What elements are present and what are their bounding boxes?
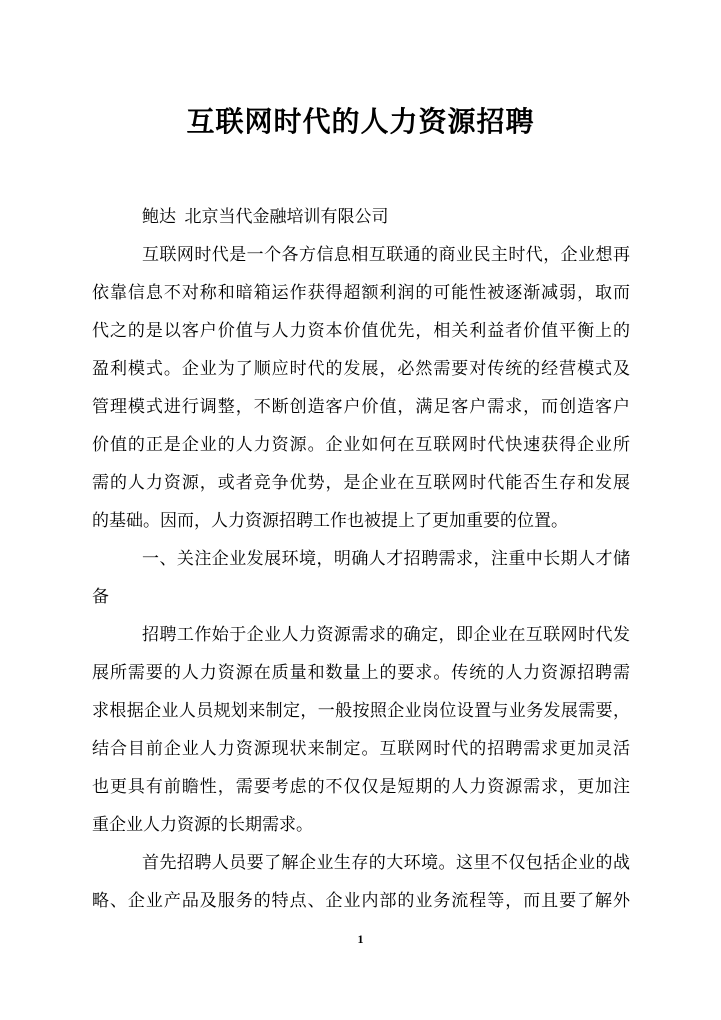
text-line: 一、关注企业发展环境，明确人才招聘需求，注重中长期人才储 — [92, 540, 630, 578]
text-line: 管理模式进行调整，不断创造客户价值，满足客户需求，而创造客户 — [92, 388, 630, 426]
text-line: 互联网时代是一个各方信息相互联通的商业民主时代，企业想再 — [92, 236, 630, 274]
text-line: 盈利模式。企业为了顺应时代的发展，必然需要对传统的经营模式及 — [92, 350, 630, 388]
byline: 鲍达 北京当代金融培训有限公司 — [92, 198, 630, 236]
text-line: 也更具有前瞻性，需要考虑的不仅仅是短期的人力资源需求，更加注 — [92, 768, 630, 806]
text-line: 略、企业产品及服务的特点、企业内部的业务流程等，而且要了解外 — [92, 882, 630, 920]
text-line: 代之的是以客户价值与人力资本价值优先，相关利益者价值平衡上的 — [92, 312, 630, 350]
page-number: 1 — [358, 932, 364, 946]
section-1-heading: 一、关注企业发展环境，明确人才招聘需求，注重中长期人才储备 — [92, 540, 630, 616]
text-line: 求根据企业人员规划来制定，一般按照企业岗位设置与业务发展需要， — [92, 692, 630, 730]
document-title: 互联网时代的人力资源招聘 — [0, 103, 721, 143]
intro-paragraph: 互联网时代是一个各方信息相互联通的商业民主时代，企业想再依靠信息不对称和暗箱运作… — [92, 236, 630, 540]
document-page: 互联网时代的人力资源招聘 鲍达 北京当代金融培训有限公司 互联网时代是一个各方信… — [0, 0, 721, 1020]
section-1-paragraph-2: 首先招聘人员要了解企业生存的大环境。这里不仅包括企业的战略、企业产品及服务的特点… — [92, 844, 630, 920]
text-line: 结合目前企业人力资源现状来制定。互联网时代的招聘需求更加灵活 — [92, 730, 630, 768]
text-line: 展所需要的人力资源在质量和数量上的要求。传统的人力资源招聘需 — [92, 654, 630, 692]
text-line: 招聘工作始于企业人力资源需求的确定，即企业在互联网时代发 — [92, 616, 630, 654]
text-line: 需的人力资源，或者竞争优势，是企业在互联网时代能否生存和发展 — [92, 464, 630, 502]
page-footer: 1 — [0, 926, 721, 952]
section-1-paragraph-1: 招聘工作始于企业人力资源需求的确定，即企业在互联网时代发展所需要的人力资源在质量… — [92, 616, 630, 844]
text-line: 备 — [92, 578, 630, 616]
text-line: 的基础。因而，人力资源招聘工作也被提上了更加重要的位置。 — [92, 502, 630, 540]
paragraphs: 互联网时代是一个各方信息相互联通的商业民主时代，企业想再依靠信息不对称和暗箱运作… — [92, 236, 630, 920]
document-body: 鲍达 北京当代金融培训有限公司 互联网时代是一个各方信息相互联通的商业民主时代，… — [92, 198, 630, 920]
text-line: 首先招聘人员要了解企业生存的大环境。这里不仅包括企业的战 — [92, 844, 630, 882]
text-line: 价值的正是企业的人力资源。企业如何在互联网时代快速获得企业所 — [92, 426, 630, 464]
text-line: 重企业人力资源的长期需求。 — [92, 806, 630, 844]
text-line: 依靠信息不对称和暗箱运作获得超额利润的可能性被逐渐减弱，取而 — [92, 274, 630, 312]
